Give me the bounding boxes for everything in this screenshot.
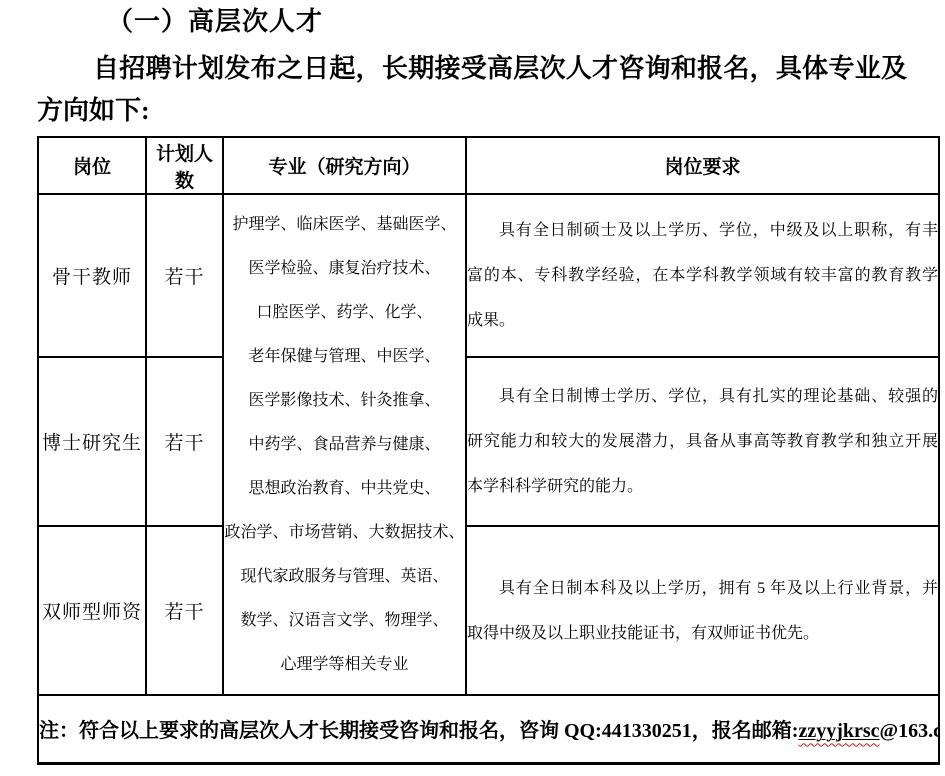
note-row: 注：符合以上要求的高层次人才长期接受咨询和报名，咨询 QQ:441330251，… — [38, 695, 939, 763]
text-line: 政治学、市场营销、大数据技术、 — [224, 511, 465, 555]
position-cell: 双师型师资 — [38, 526, 146, 695]
text-line: 方向如下: — [37, 90, 907, 132]
text-line: 具有全日制硕士及以上学历、学位，中级及以上职称，有丰 — [467, 208, 938, 253]
position-cell: 博士研究生 — [38, 357, 146, 526]
table-row: 骨干教师 若干 护理学、临床医学、基础医学、医学检验、康复治疗技术、口腔医学、药… — [38, 194, 939, 357]
text-line: 数学、汉语言文学、物理学、 — [224, 599, 465, 643]
text-line: 中药学、食品营养与健康、 — [224, 423, 465, 467]
email-user: zzyyjkrsc — [798, 720, 879, 742]
headcount-cell: 若干 — [146, 194, 223, 357]
requirements-cell: 具有全日制本科及以上学历，拥有 5 年及以上行业背景，并取得中级及以上职业技能证… — [466, 526, 939, 695]
email-domain: @163.com — [880, 720, 939, 742]
text-line: 自招聘计划发布之日起，长期接受高层次人才咨询和报名，具体专业及 — [37, 48, 907, 90]
document-page: （一）高层次人才 自招聘计划发布之日起，长期接受高层次人才咨询和报名，具体专业及… — [0, 0, 945, 765]
table-row: 博士研究生 若干 具有全日制博士学历、学位，具有扎实的理论基础、较强的研究能力和… — [38, 357, 939, 526]
text-line: 医学检验、康复治疗技术、 — [224, 247, 465, 291]
text-line: 医学影像技术、针灸推拿、 — [224, 379, 465, 423]
text-line: 思想政治教育、中共党史、 — [224, 467, 465, 511]
header-position: 岗位 — [38, 137, 146, 194]
headcount-cell: 若干 — [146, 357, 223, 526]
text-line: 成果。 — [467, 298, 938, 343]
header-major: 专业（研究方向） — [223, 137, 466, 194]
email-link[interactable]: zzyyjkrsc — [798, 720, 879, 742]
position-cell: 骨干教师 — [38, 194, 146, 357]
requirements-cell: 具有全日制博士学历、学位，具有扎实的理论基础、较强的研究能力和较大的发展潜力，具… — [466, 357, 939, 526]
section-title: （一）高层次人才 — [107, 6, 938, 38]
note-cell: 注：符合以上要求的高层次人才长期接受咨询和报名，咨询 QQ:441330251，… — [38, 695, 939, 763]
intro-paragraph: 自招聘计划发布之日起，长期接受高层次人才咨询和报名，具体专业及方向如下: — [37, 48, 907, 132]
note-text: 注：符合以上要求的高层次人才长期接受咨询和报名，咨询 QQ:441330251，… — [39, 720, 798, 742]
text-line: 具有全日制博士学历、学位，具有扎实的理论基础、较强的 — [467, 374, 938, 419]
header-headcount: 计划人数 — [146, 137, 223, 194]
text-line: 心理学等相关专业 — [224, 643, 465, 687]
text-line: 现代家政服务与管理、英语、 — [224, 555, 465, 599]
text-line: 口腔医学、药学、化学、 — [224, 291, 465, 335]
text-line: 取得中级及以上职业技能证书，有双师证书优先。 — [467, 611, 938, 656]
text-line: 富的本、专科教学经验，在本学科教学领域有较丰富的教育教学 — [467, 253, 938, 298]
table-header-row: 岗位 计划人数 专业（研究方向） 岗位要求 — [38, 137, 939, 194]
requirements-cell: 具有全日制硕士及以上学历、学位，中级及以上职称，有丰富的本、专科教学经验，在本学… — [466, 194, 939, 357]
text-line: 研究能力和较大的发展潜力，具备从事高等教育教学和独立开展 — [467, 419, 938, 464]
text-line: 具有全日制本科及以上学历，拥有 5 年及以上行业背景，并 — [467, 566, 938, 611]
text-line: 护理学、临床医学、基础医学、 — [224, 203, 465, 247]
recruitment-table: 岗位 计划人数 专业（研究方向） 岗位要求 骨干教师 若干 护理学、临床医学、基… — [37, 136, 940, 765]
headcount-cell: 若干 — [146, 526, 223, 695]
table-row: 双师型师资 若干 具有全日制本科及以上学历，拥有 5 年及以上行业背景，并取得中… — [38, 526, 939, 695]
majors-cell: 护理学、临床医学、基础医学、医学检验、康复治疗技术、口腔医学、药学、化学、老年保… — [223, 194, 466, 695]
text-line: 老年保健与管理、中医学、 — [224, 335, 465, 379]
header-requirements: 岗位要求 — [466, 137, 939, 194]
text-line: 本学科科学研究的能力。 — [467, 464, 938, 509]
